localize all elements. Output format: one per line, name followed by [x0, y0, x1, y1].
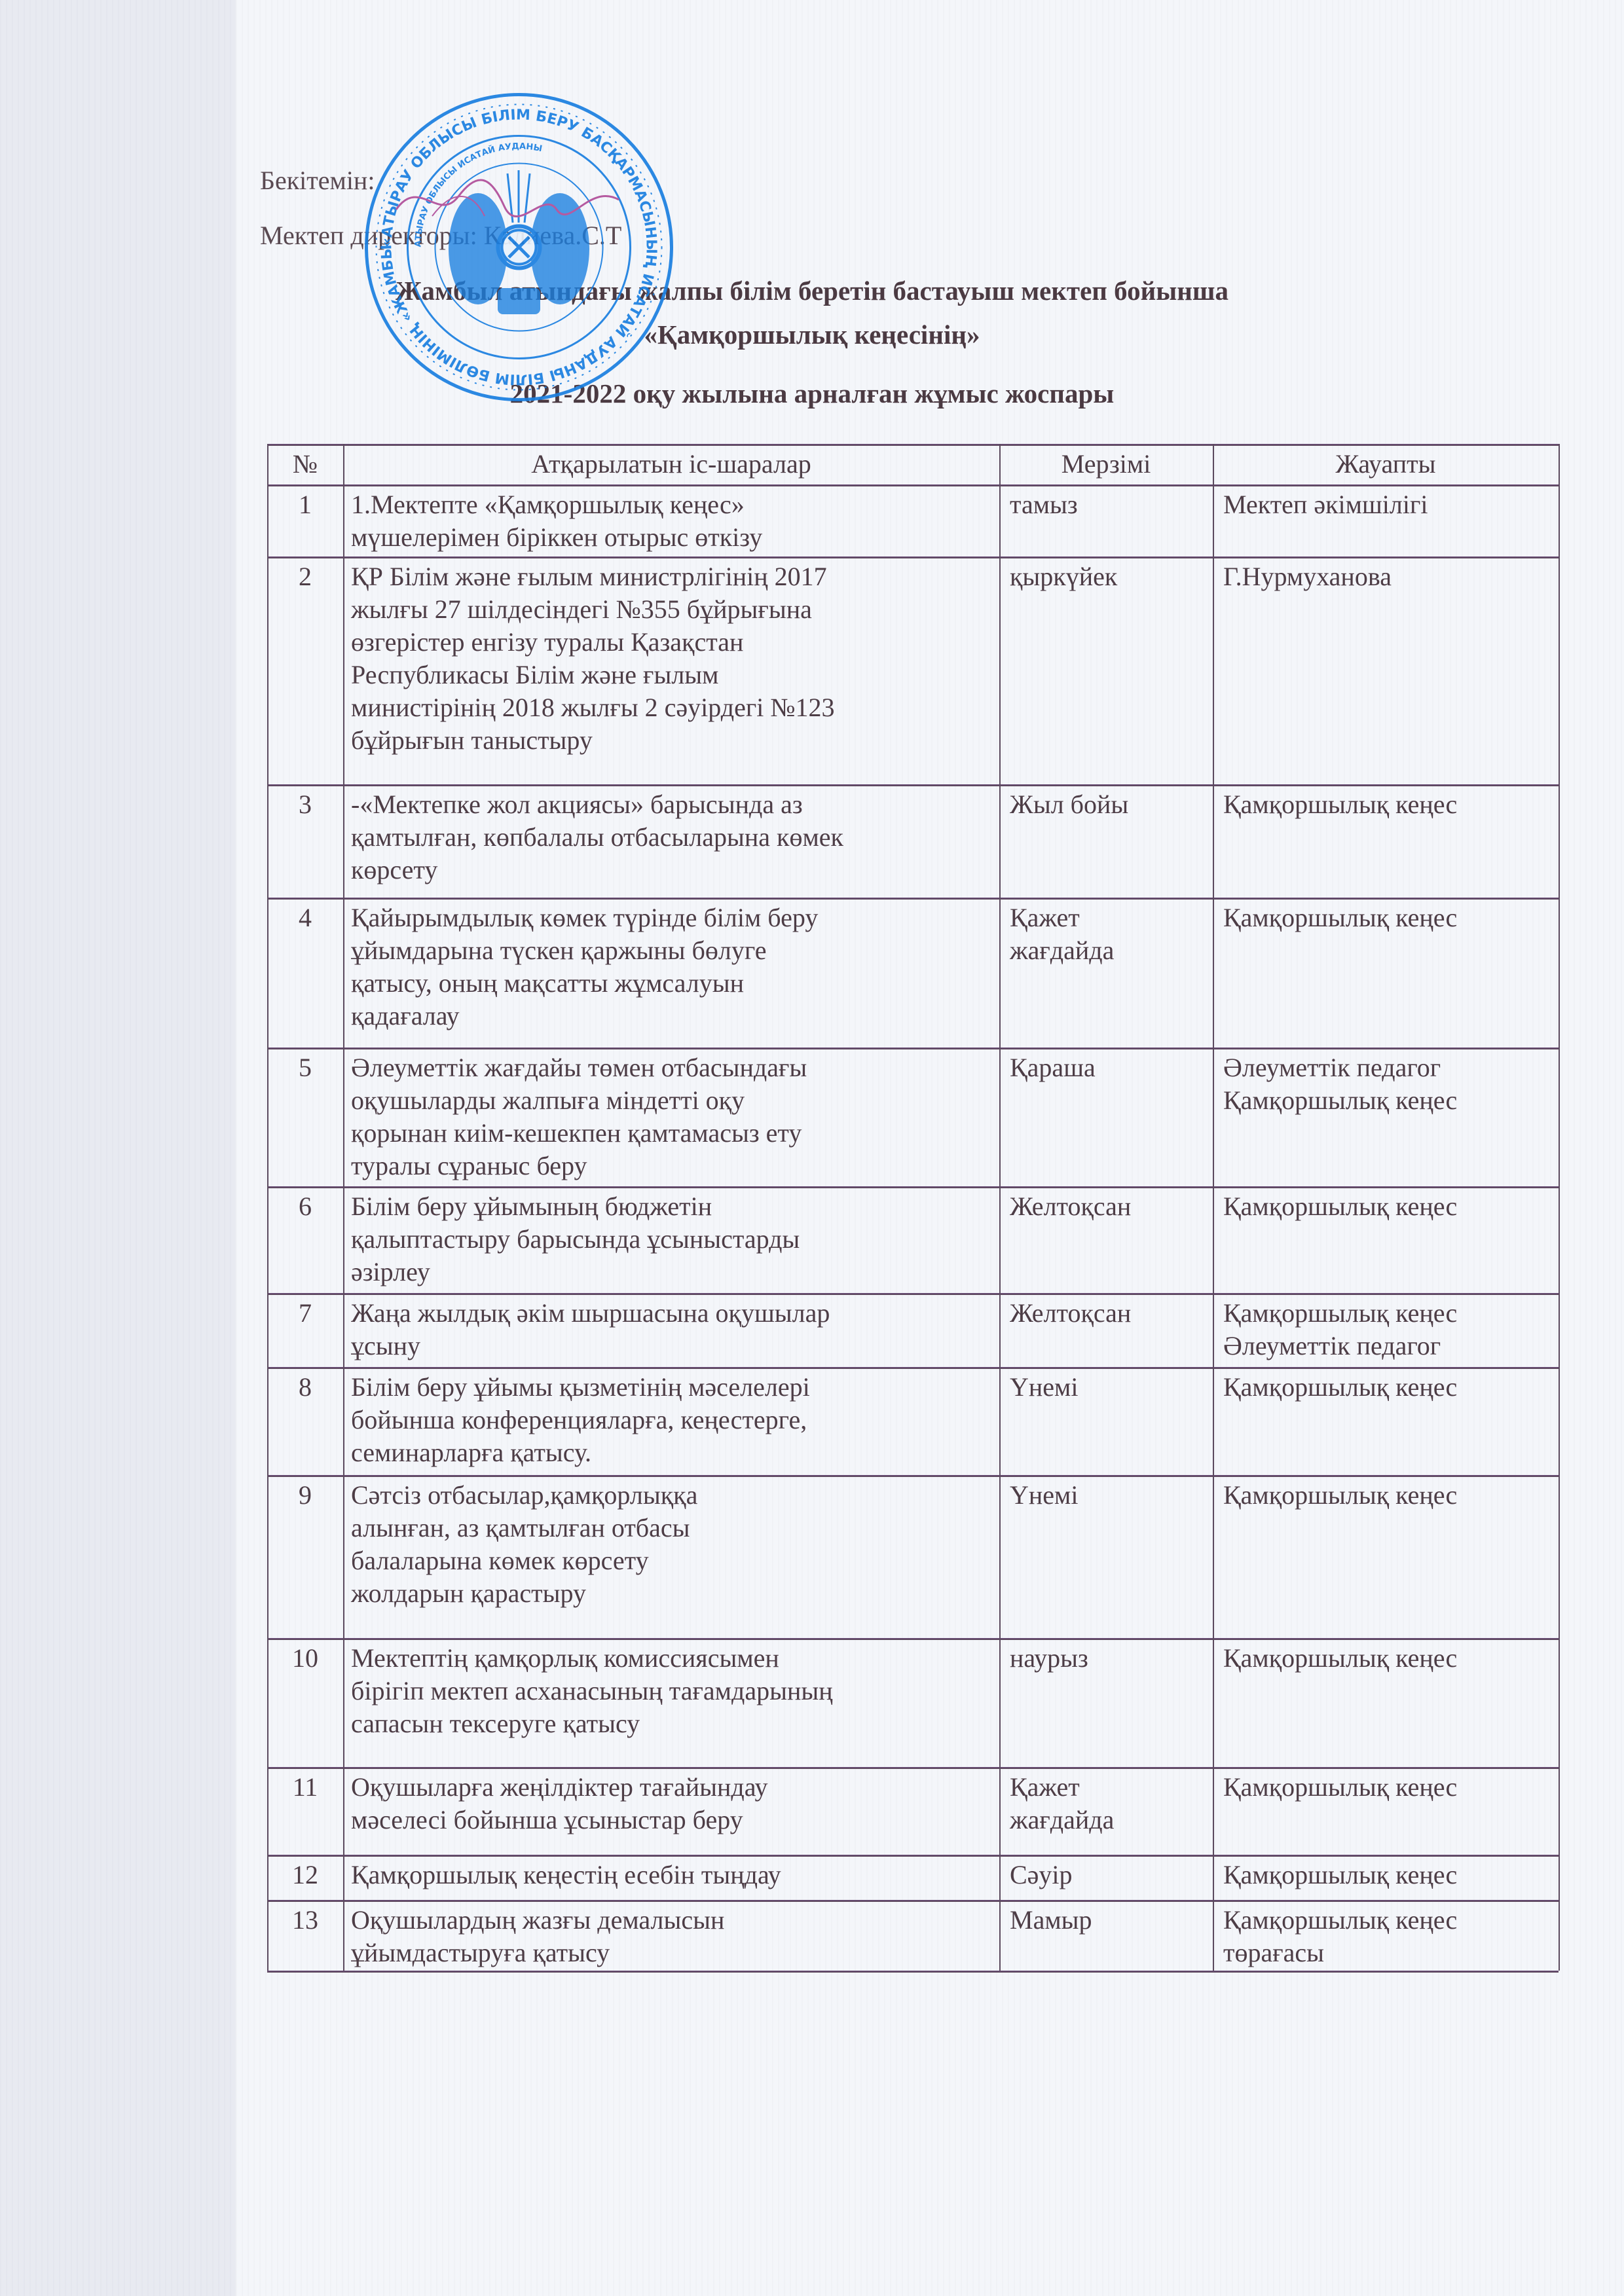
row-number: 6 [267, 1190, 343, 1223]
activity-cell: Қамқоршылық кеңестің есебін тыңдау [343, 1859, 999, 1891]
table-row-divider [267, 1293, 1559, 1295]
responsible-cell: Қамқоршылық кеңес Әлеуметтік педагог [1213, 1297, 1559, 1362]
responsible-cell: Қамқоршылық кеңес төрағасы [1213, 1904, 1559, 1969]
activity-cell: Сәтсіз отбасылар,қамқорлыққа алынған, аз… [343, 1479, 999, 1610]
responsible-cell: Қамқоршылық кеңес [1213, 1859, 1559, 1891]
term-cell: наурыз [999, 1642, 1213, 1675]
row-number: 8 [267, 1371, 343, 1404]
director-line: Мектеп директоры: Калиева.С.Т [260, 220, 621, 251]
row-number: 10 [267, 1642, 343, 1675]
row-number: 5 [267, 1051, 343, 1084]
table-row-divider [267, 1186, 1559, 1188]
header-term: Мерзімі [999, 448, 1213, 481]
activity-cell: Қайырымдылық көмек түрінде білім беру ұй… [343, 902, 999, 1032]
activity-cell: Оқушылардың жазғы демалысын ұйымдастыруғ… [343, 1904, 999, 1969]
activity-cell: Білім беру ұйымының бюджетін қалыптастыр… [343, 1190, 999, 1288]
activity-cell: 1.Мектепте «Қамқоршылық кеңес» мүшелерім… [343, 488, 999, 554]
term-cell: Сәуір [999, 1859, 1213, 1891]
table-row-divider [267, 784, 1559, 786]
row-number: 4 [267, 902, 343, 934]
document-title-line1: Жамбыл атындағы жалпы білім беретін баст… [52, 275, 1572, 306]
activity-cell: ҚР Білім және ғылым министрлігінің 2017 … [343, 560, 999, 757]
term-cell: қыркүйек [999, 560, 1213, 593]
table-row-divider [267, 484, 1559, 486]
table-row-divider [267, 1767, 1559, 1769]
row-number: 9 [267, 1479, 343, 1512]
table-row-divider [267, 556, 1559, 558]
row-number: 2 [267, 560, 343, 593]
document-title-line2: «Қамқоршылық кеңесінің» [52, 319, 1572, 350]
table-row-divider [267, 444, 1559, 446]
work-plan-table: №Атқарылатын іс-шараларМерзіміЖауапты11.… [267, 444, 1559, 1971]
table-row-divider [267, 1971, 1559, 1973]
responsible-cell: Қамқоршылық кеңес [1213, 1190, 1559, 1223]
row-number: 3 [267, 788, 343, 821]
term-cell: Қажет жағдайда [999, 902, 1213, 967]
term-cell: Қараша [999, 1051, 1213, 1084]
table-row-divider [267, 1475, 1559, 1477]
header-number: № [267, 448, 343, 481]
responsible-cell: Г.Нурмуханова [1213, 560, 1559, 593]
responsible-cell: Әлеуметтік педагог Қамқоршылық кеңес [1213, 1051, 1559, 1117]
row-number: 7 [267, 1297, 343, 1330]
term-cell: Үнемі [999, 1479, 1213, 1512]
term-cell: Мамыр [999, 1904, 1213, 1937]
header-activities: Атқарылатын іс-шаралар [343, 448, 999, 481]
activity-cell: Оқушыларға жеңілдіктер тағайындау мәселе… [343, 1771, 999, 1836]
table-row-divider [267, 898, 1559, 900]
approval-label: Бекітемін: [260, 165, 375, 196]
responsible-cell: Қамқоршылық кеңес [1213, 1642, 1559, 1675]
responsible-cell: Қамқоршылық кеңес [1213, 1371, 1559, 1404]
responsible-cell: Қамқоршылық кеңес [1213, 788, 1559, 821]
document-title-line3: 2021-2022 оқу жылына арналған жұмыс жосп… [52, 378, 1572, 409]
term-cell: тамыз [999, 488, 1213, 521]
row-number: 1 [267, 488, 343, 521]
table-row-divider [267, 1048, 1559, 1049]
table-row-divider [267, 1367, 1559, 1369]
table-column-divider [1559, 444, 1560, 1971]
activity-cell: -«Мектепке жол акциясы» барысында аз қам… [343, 788, 999, 886]
term-cell: Үнемі [999, 1371, 1213, 1404]
activity-cell: Мектептің қамқорлық комиссиясымен бірігі… [343, 1642, 999, 1740]
activity-cell: Білім беру ұйымы қызметінің мәселелері б… [343, 1371, 999, 1469]
table-row-divider [267, 1855, 1559, 1857]
row-number: 13 [267, 1904, 343, 1937]
responsible-cell: Қамқоршылық кеңес [1213, 1479, 1559, 1512]
activity-cell: Жаңа жылдық әкім шыршасына оқушылар ұсын… [343, 1297, 999, 1362]
responsible-cell: Мектеп әкімшілігі [1213, 488, 1559, 521]
term-cell: Желтоқсан [999, 1190, 1213, 1223]
responsible-cell: Қамқоршылық кеңес [1213, 1771, 1559, 1804]
row-number: 11 [267, 1771, 343, 1804]
table-row-divider [267, 1638, 1559, 1640]
activity-cell: Әлеуметтік жағдайы төмен отбасындағы оқу… [343, 1051, 999, 1182]
table-row-divider [267, 1900, 1559, 1902]
row-number: 12 [267, 1859, 343, 1891]
responsible-cell: Қамқоршылық кеңес [1213, 902, 1559, 934]
term-cell: Жыл бойы [999, 788, 1213, 821]
term-cell: Қажет жағдайда [999, 1771, 1213, 1836]
header-responsible: Жауапты [1213, 448, 1559, 481]
term-cell: Желтоқсан [999, 1297, 1213, 1330]
